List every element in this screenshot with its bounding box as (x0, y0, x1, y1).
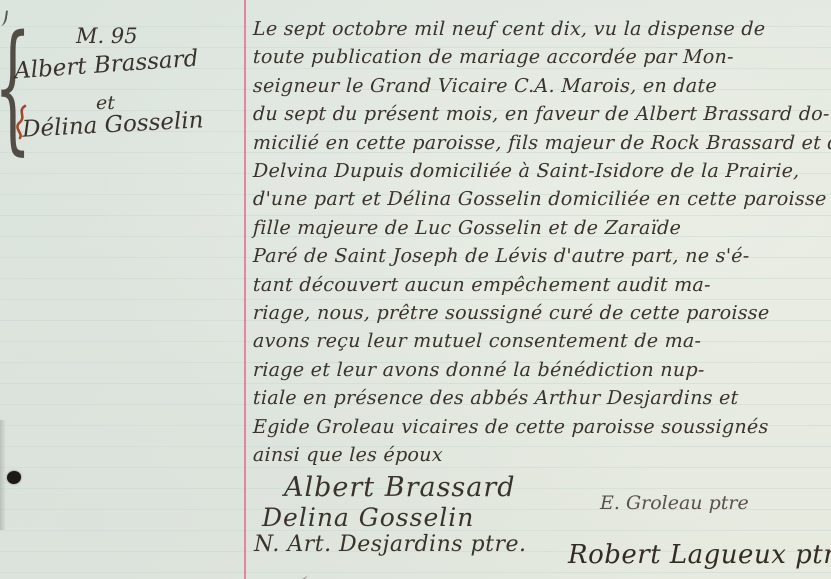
body-line: riage, nous, prêtre soussigné curé de ce… (253, 299, 831, 327)
body-line: toute publication de mariage accordée pa… (253, 43, 831, 71)
record-number: M. 95 (76, 24, 138, 48)
body-line: micilié en cette paroisse, fils majeur d… (253, 129, 831, 157)
body-line: seigneur le Grand Vicaire C.A. Marois, e… (253, 72, 831, 100)
partial-signature-stroke (261, 567, 308, 579)
body-line: avons reçu leur mutuel consentement de m… (253, 327, 831, 355)
signature-groom: Albert Brassard (284, 472, 516, 503)
ink-blot (7, 471, 21, 484)
margin-groom-name: Albert Brassard (13, 46, 199, 85)
body-line: d'une part et Délina Gosselin domiciliée… (253, 185, 831, 213)
body-line: Paré de Saint Joseph de Lévis d'autre pa… (253, 242, 831, 270)
margin-bride-name: Délina Gosselin (21, 107, 204, 142)
signature-cure-lagueux: Robert Lagueux ptre (568, 540, 831, 570)
register-page: { M. 95 Albert Brassard et Délina Gossel… (0, 0, 831, 579)
signature-vicar-groleau: E. Groleau ptre (600, 492, 749, 514)
margin-rule-line (244, 0, 246, 579)
body-line: tiale en présence des abbés Arthur Desja… (253, 384, 831, 412)
body-line: tant découvert aucun empêchement audit m… (253, 271, 831, 299)
signature-witness-desjardins: N. Art. Desjardins ptre. (254, 532, 527, 557)
body-line: fille majeure de Luc Gosselin et de Zara… (253, 214, 831, 242)
body-line: Delvina Dupuis domiciliée à Saint-Isidor… (253, 157, 831, 185)
signature-bride: Delina Gosselin (262, 503, 474, 532)
body-line: Egide Groleau vicaires de cette paroisse… (253, 413, 831, 441)
body-line: riage et leur avons donné la bénédiction… (253, 356, 831, 384)
margin-conjunction: et (96, 92, 115, 114)
body-line: Le sept octobre mil neuf cent dix, vu la… (253, 15, 831, 43)
record-body-text: Le sept octobre mil neuf cent dix, vu la… (253, 15, 831, 470)
body-line: ainsi que les époux (253, 441, 831, 469)
red-correction-mark (14, 104, 29, 144)
page-edge-shadow (0, 420, 6, 530)
body-line: du sept du présent mois, en faveur de Al… (253, 100, 831, 128)
